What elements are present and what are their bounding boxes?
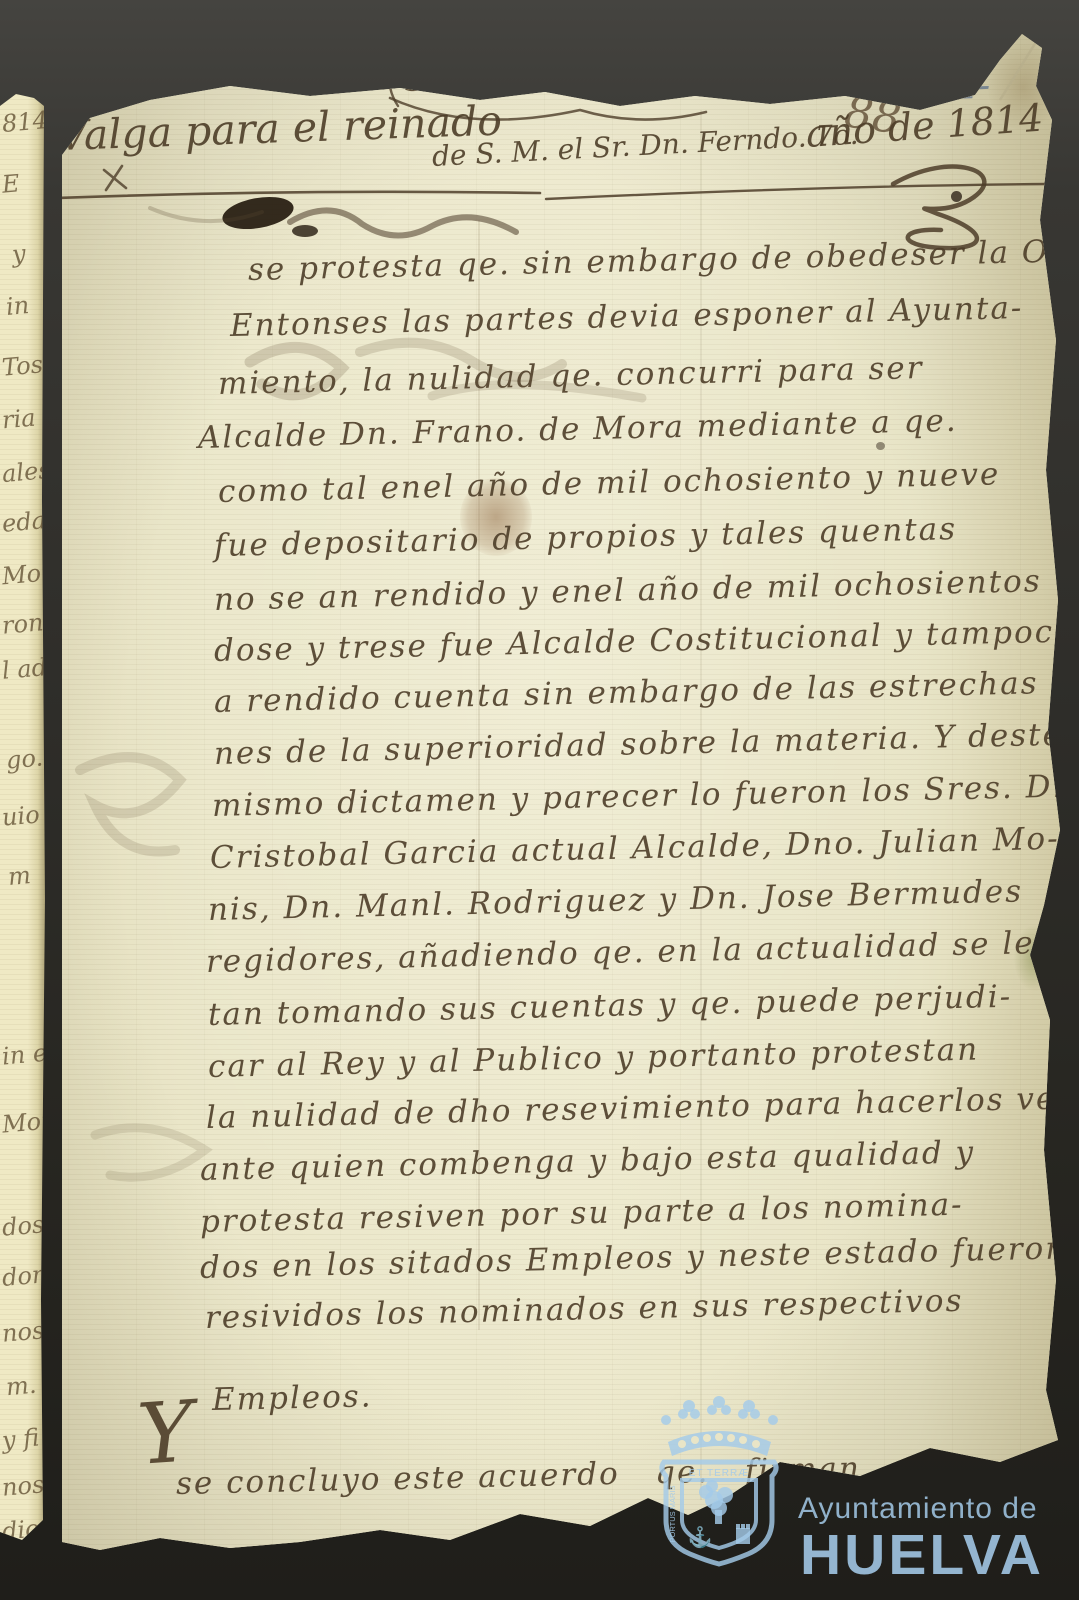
ink-spot [951, 191, 962, 202]
edge-fragment: go. [5, 743, 44, 774]
manuscript-scan: 814 E y in Tos ria ales eda Mon ron l ad… [0, 0, 1079, 1600]
edge-fragment: Tos [1, 350, 44, 381]
edge-fragment: l ad [1, 653, 48, 685]
watermark-city-name: HUELVA [800, 1522, 1044, 1588]
edge-fragment: ron [1, 608, 45, 640]
edge-fragment: uio [1, 800, 41, 831]
edge-fragment: m. [5, 1371, 38, 1402]
edge-fragment: 814 [1, 106, 49, 138]
edge-fragment: dio [1, 1514, 41, 1545]
previous-page-edge: 814 E y in Tos ria ales eda Mon ron l ad… [0, 0, 46, 1600]
edge-fragment: y [11, 239, 27, 268]
edge-fragment: nos [1, 1470, 46, 1502]
edge-fragment: m [7, 861, 32, 891]
edge-fragment: ria [1, 404, 37, 435]
body-line: Empleos. [212, 1378, 373, 1418]
anchor-icon: ⚓ [688, 1525, 713, 1549]
edge-fragment: eda [1, 506, 47, 538]
ink-spot [687, 64, 705, 84]
edge-fragment: Mon [1, 558, 58, 591]
seal-note: Sello 4o. mayor. [403, 51, 671, 99]
edge-fragment: Mon. [1, 1105, 65, 1138]
edge-fragment: nos [1, 1316, 46, 1348]
ink-spot [750, 24, 776, 38]
edge-fragment: in en [1, 1037, 64, 1070]
manuscript-page: 12 Sello 4o. mayor. 88 -334- Valga para … [0, 0, 1079, 1600]
ink-spot [876, 442, 885, 450]
edge-fragment: dos [1, 1210, 45, 1242]
watermark-org-name: Ayuntamiento de [798, 1492, 1038, 1526]
edge-fragment: don [1, 1260, 49, 1292]
edge-fragment: in [5, 291, 30, 321]
edge-fragment: y fi [1, 1423, 41, 1454]
marginal-number: 12 [62, 30, 130, 95]
edge-fragment: E [1, 169, 21, 198]
edge-fragment: ales [1, 456, 52, 488]
